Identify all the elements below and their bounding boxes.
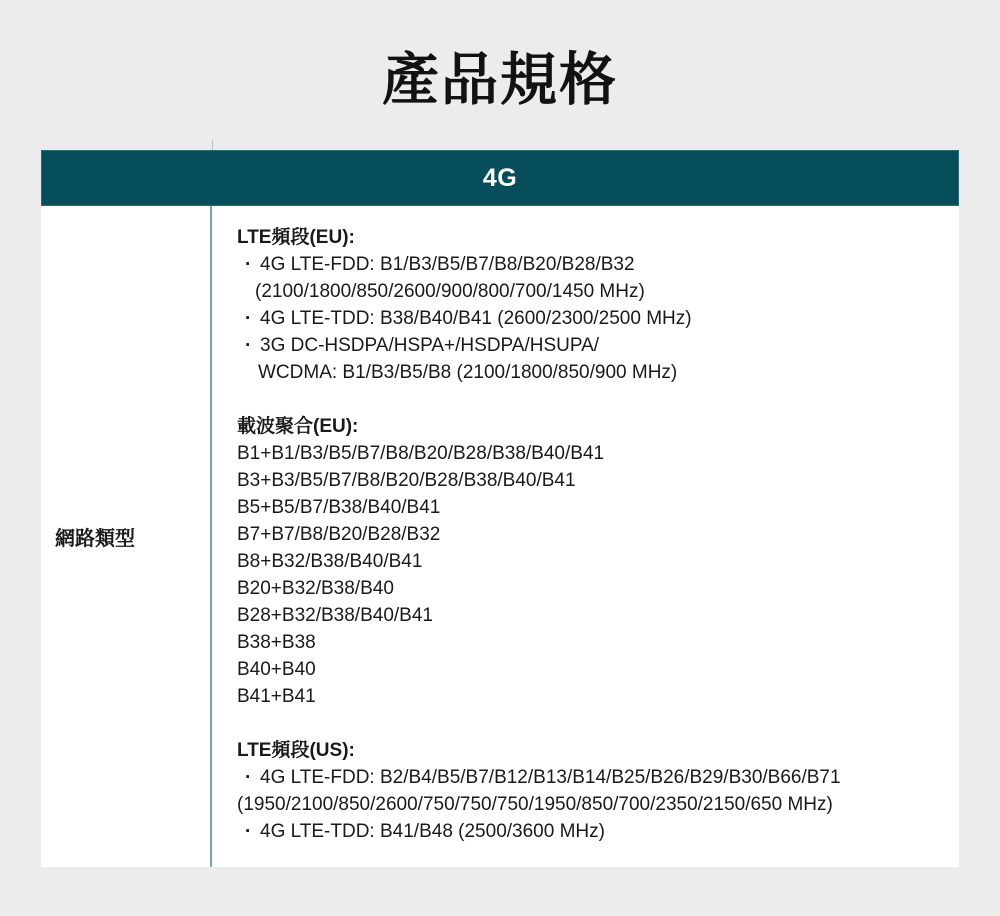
table-header-label: 4G (483, 164, 517, 193)
row-label-cell: 網路類型 (41, 206, 212, 867)
spec-line: ·4G LTE-FDD: B1/B3/B5/B7/B8/B20/B28/B32 (237, 251, 947, 278)
spec-line-text: 4G LTE-FDD: B1/B3/B5/B7/B8/B20/B28/B32 (260, 251, 635, 278)
page: { "page": { "title": "產品規格" }, "colors":… (0, 0, 1000, 916)
spec-line: B7+B7/B8/B20/B28/B32 (237, 521, 947, 548)
spec-line: ·4G LTE-TDD: B41/B48 (2500/3600 MHz) (237, 818, 947, 845)
bullet-icon: · (245, 764, 260, 791)
spec-line-text: 4G LTE-TDD: B38/B40/B41 (2600/2300/2500 … (260, 305, 692, 332)
bullet-icon: · (245, 305, 260, 332)
spec-line: ·3G DC-HSDPA/HSPA+/HSDPA/HSUPA/ (237, 332, 947, 359)
spec-line: WCDMA: B1/B3/B5/B8 (2100/1800/850/900 MH… (237, 359, 947, 386)
spec-line: B8+B32/B38/B40/B41 (237, 548, 947, 575)
spec-line: (2100/1800/850/2600/900/800/700/1450 MHz… (237, 278, 947, 305)
spec-line: ·4G LTE-FDD: B2/B4/B5/B7/B12/B13/B14/B25… (237, 764, 947, 791)
spec-line: B20+B32/B38/B40 (237, 575, 947, 602)
spec-line: B1+B1/B3/B5/B7/B8/B20/B28/B38/B40/B41 (237, 440, 947, 467)
column-divider-tick (212, 140, 213, 150)
spec-line: B38+B38 (237, 629, 947, 656)
section-heading: LTE頻段(EU): (237, 224, 947, 251)
row-label-network-type: 網路類型 (55, 522, 135, 551)
bullet-icon: · (245, 332, 260, 359)
spec-line: B40+B40 (237, 656, 947, 683)
bullet-icon: · (245, 251, 260, 278)
table-header-4g: 4G (41, 150, 959, 206)
section-heading: 載波聚合(EU): (237, 413, 947, 440)
table-body: 網路類型 LTE頻段(EU):·4G LTE-FDD: B1/B3/B5/B7/… (41, 206, 959, 867)
page-title: 產品規格 (0, 46, 1000, 114)
spec-line: ·4G LTE-TDD: B38/B40/B41 (2600/2300/2500… (237, 305, 947, 332)
spec-section: LTE頻段(EU):·4G LTE-FDD: B1/B3/B5/B7/B8/B2… (237, 224, 947, 386)
spec-content: LTE頻段(EU):·4G LTE-FDD: B1/B3/B5/B7/B8/B2… (212, 206, 959, 867)
spec-line-text: 3G DC-HSDPA/HSPA+/HSDPA/HSUPA/ (260, 332, 599, 359)
spec-table: 4G 網路類型 LTE頻段(EU):·4G LTE-FDD: B1/B3/B5/… (41, 150, 959, 867)
spec-line: B3+B3/B5/B7/B8/B20/B28/B38/B40/B41 (237, 467, 947, 494)
spec-line: (1950/2100/850/2600/750/750/750/1950/850… (237, 791, 947, 818)
spec-section: 載波聚合(EU):B1+B1/B3/B5/B7/B8/B20/B28/B38/B… (237, 413, 947, 710)
bullet-icon: · (245, 818, 260, 845)
spec-line-text: 4G LTE-TDD: B41/B48 (2500/3600 MHz) (260, 818, 605, 845)
spec-line: B28+B32/B38/B40/B41 (237, 602, 947, 629)
spec-line: B41+B41 (237, 683, 947, 710)
spec-section: LTE頻段(US):·4G LTE-FDD: B2/B4/B5/B7/B12/B… (237, 737, 947, 845)
spec-line-text: 4G LTE-FDD: B2/B4/B5/B7/B12/B13/B14/B25/… (260, 764, 841, 791)
spec-line: B5+B5/B7/B38/B40/B41 (237, 494, 947, 521)
section-heading: LTE頻段(US): (237, 737, 947, 764)
